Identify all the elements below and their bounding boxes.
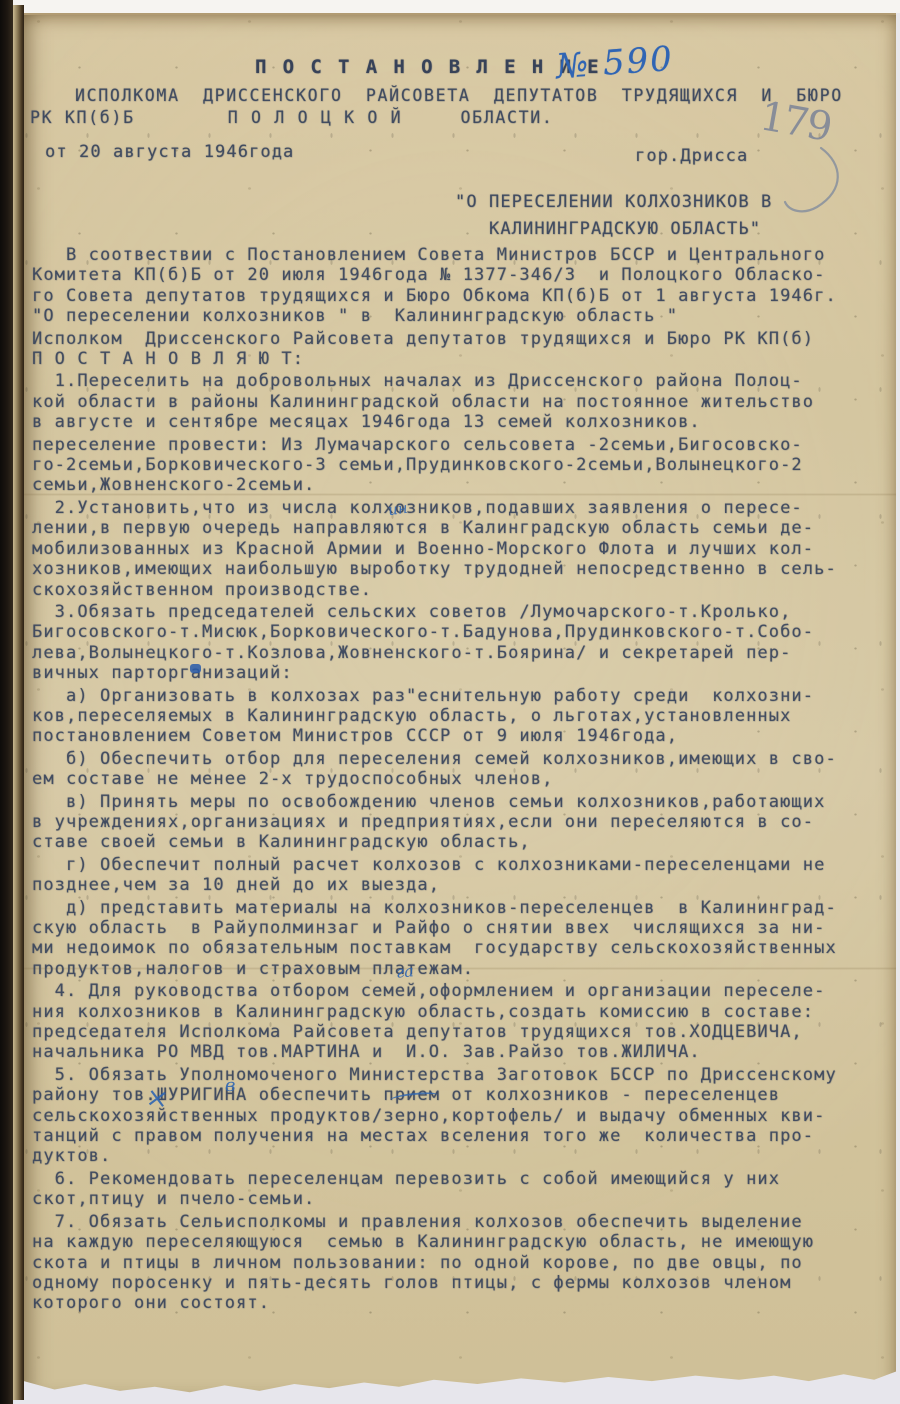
document-date: от 20 августа 1946года [45,142,294,162]
paragraph-item-3a: а) Организовать в колхозах раз"еснительн… [32,686,892,747]
document-place: гор.Дрисса [635,146,748,166]
document-page: П О С Т А Н О В Л Е Н И Е № 590 ИСПОЛКОМ… [24,13,896,1395]
paragraph-resolve-clause: Исполком Дриссенского Райсовета депутато… [32,329,892,370]
paragraph-item-3d: д) представить материалы на колхозников-… [32,898,892,980]
paragraph-item-1-detail: переселение провести: Из Лумачарского се… [32,435,892,496]
underlying-page-edge [13,5,24,1400]
paragraph-preamble: В соотвествии с Постановлением Совета Ми… [32,245,892,327]
ink-blot [190,664,201,673]
paragraph-item-3b: б) Обеспечить отбор для переселения семе… [32,749,892,790]
book-binding-edge [0,0,13,1404]
paragraph-item-6: 6. Рекомендовать переселенцам перевозить… [32,1169,892,1210]
paragraph-item-1: 1.Переселить на добровольных началах из … [32,371,892,432]
scanned-document-photo: П О С Т А Н О В Л Е Н И Е № 590 ИСПОЛКОМ… [0,0,900,1404]
document-title: П О С Т А Н О В Л Е Н И Е [255,57,601,77]
document-body: В соотвествии с Постановлением Совета Ми… [32,245,892,1316]
background-top-strip [0,0,900,13]
document-subject: "О ПЕРЕСЕЛЕНИИ КОЛХОЗНИКОВ В КАЛИНИНГРАД… [455,189,772,243]
paragraph-item-3g: г) Обеспечит полный расчет колхозов с ко… [32,855,892,896]
paragraph-item-7: 7. Обязать Сельисполкомы и правления кол… [32,1212,892,1314]
paragraph-item-3: 3.Обязать председателей сельских советов… [32,602,892,684]
paragraph-item-5: 5. Обязать Уполномоченого Министерства З… [32,1065,892,1167]
issuing-org-line2: РК КП(б)Б П О Л О Ц К О Й ОБЛАСТИ. [30,108,554,128]
pencil-stroke-tail [759,110,854,225]
paragraph-item-2: 2.Установить,что из числа колхозников,по… [32,498,892,600]
paragraph-item-3v: в) Принять меры по освобождению членов с… [32,792,892,853]
paragraph-item-4: 4. Для руководства отбором семей,оформле… [32,981,892,1063]
issuing-org-line1: ИСПОЛКОМА ДРИССЕНСКОГО РАЙСОВЕТА ДЕПУТАТ… [75,86,843,106]
